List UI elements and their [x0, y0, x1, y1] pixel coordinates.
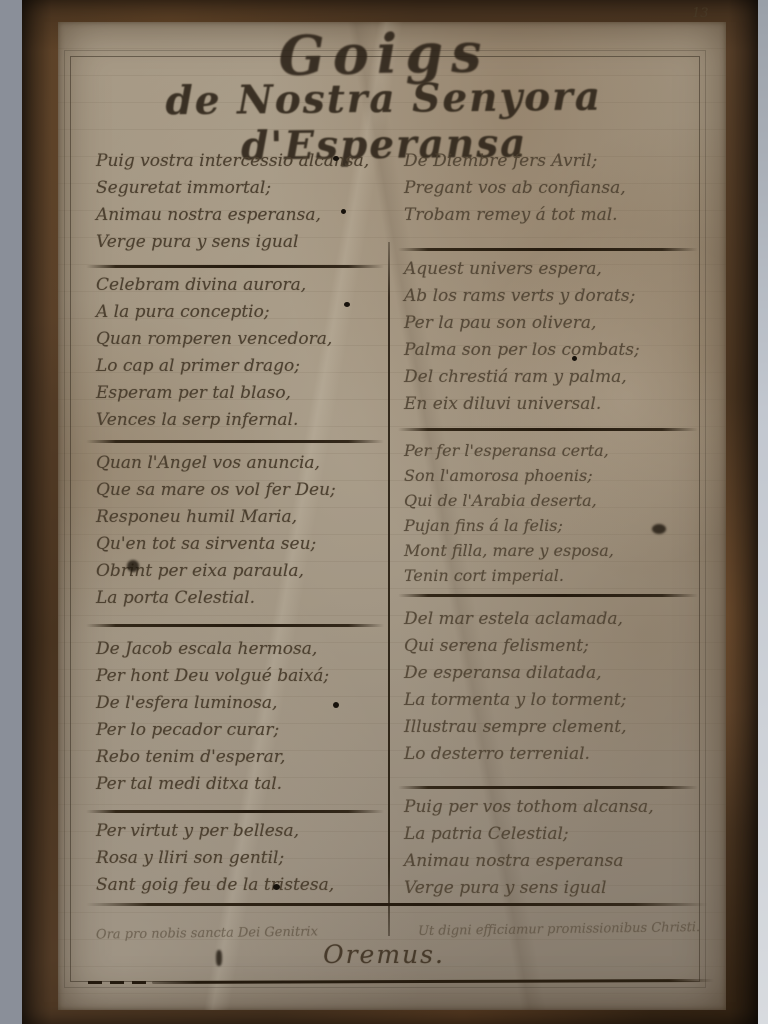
verse-line: Tenin cort imperial. — [404, 563, 704, 588]
verse-line: Vences la serp infernal. — [96, 407, 396, 434]
verse-line: Per la pau son olivera, — [404, 310, 704, 337]
verse-line: Animau nostra esperansa — [404, 848, 704, 875]
verse-line: De Jacob escala hermosa, — [96, 636, 396, 663]
verse-line: Puig vostra intercessio alcansa, — [96, 148, 396, 175]
verse-line: Celebram divina aurora, — [96, 272, 396, 299]
verse-line: Per virtut y per bellesa, — [96, 818, 396, 845]
verse-line: Qui de l'Arabia deserta, — [404, 488, 704, 513]
verse-line: Qu'en tot sa sirventa seu; — [96, 531, 396, 558]
verse-line: Ab los rams verts y dorats; — [404, 283, 704, 310]
column-divider-rule — [388, 242, 390, 936]
verse-line: A la pura conceptio; — [96, 299, 396, 326]
verse-line: Per tal medi ditxa tal. — [96, 771, 396, 798]
stanza-left-2: Celebram divina aurora, A la pura concep… — [96, 272, 396, 434]
stanza-right-3: Per fer l'esperansa certa, Son l'amorosa… — [404, 438, 704, 588]
verse-line: Pregant vos ab confiansa, — [404, 175, 704, 202]
ink-smudge — [652, 524, 666, 534]
verse-line: Trobam remey á tot mal. — [404, 202, 704, 229]
framed-manuscript-photo: Goigs de Nostra Senyora d'Esperansa 13 P… — [0, 0, 768, 1024]
stanza-right-5: Puig per vos tothom alcansa, La patria C… — [404, 794, 704, 902]
verse-line: Lo desterro terrenial. — [404, 741, 704, 768]
verse-line: Palma son per los combats; — [404, 337, 704, 364]
verse-line: Animau nostra esperansa, — [96, 202, 396, 229]
verse-line: Rosa y lliri son gentil; — [96, 845, 396, 872]
ink-blot — [572, 356, 577, 361]
verse-line: La patria Celestial; — [404, 821, 704, 848]
stanza-divider — [86, 810, 384, 813]
verse-line: Quan romperen vencedora, — [96, 326, 396, 353]
verse-line: Per fer l'esperansa certa, — [404, 438, 704, 463]
verse-line: Qui serena felisment; — [404, 633, 704, 660]
verse-line: Esperam per tal blaso, — [96, 380, 396, 407]
verse-line: Responeu humil Maria, — [96, 504, 396, 531]
ink-smudge — [127, 560, 139, 572]
stanza-divider — [398, 428, 698, 431]
stanza-right-4: Del mar estela aclamada, Qui serena feli… — [404, 606, 704, 768]
verse-line: Que sa mare os vol fer Deu; — [96, 477, 396, 504]
verse-line: Son l'amorosa phoenis; — [404, 463, 704, 488]
verse-line: Lo cap al primer drago; — [96, 353, 396, 380]
verse-line: Verge pura y sens igual — [404, 875, 704, 902]
stanza-divider — [86, 440, 384, 443]
footer-oremus: Oremus. — [0, 940, 768, 969]
verse-line: Obrint per eixa paraula, — [96, 558, 396, 585]
stanza-divider — [86, 624, 384, 627]
verse-line: De esperansa dilatada, — [404, 660, 704, 687]
verse-line: La tormenta y lo torment; — [404, 687, 704, 714]
stanza-divider — [398, 786, 698, 789]
stanza-divider — [86, 265, 384, 268]
stanza-left-3: Quan l'Angel vos anuncia, Que sa mare os… — [96, 450, 396, 612]
stanza-right-2: Aquest univers espera, Ab los rams verts… — [404, 256, 704, 418]
verse-line: Puig per vos tothom alcansa, — [404, 794, 704, 821]
stanza-divider — [398, 594, 698, 597]
verse-line: De l'esfera luminosa, — [96, 690, 396, 717]
verse-line: La porta Celestial. — [96, 585, 396, 612]
stanza-left-1: Puig vostra intercessio alcansa, Seguret… — [96, 148, 396, 256]
verse-line: Seguretat immortal; — [96, 175, 396, 202]
page-number: 13 — [692, 6, 709, 21]
ink-smudge — [216, 950, 222, 966]
ink-blot — [333, 156, 339, 161]
ink-blot — [344, 302, 350, 307]
verse-line: Del mar estela aclamada, — [404, 606, 704, 633]
verse-line: Illustrau sempre clement, — [404, 714, 704, 741]
stanza-left-4: De Jacob escala hermosa, Per hont Deu vo… — [96, 636, 396, 798]
ink-blot — [273, 884, 280, 890]
stanza-right-1: De Diembre fers Avril; Pregant vos ab co… — [404, 148, 704, 229]
ink-blot — [341, 209, 346, 214]
verse-line: Sant goig feu de la tristesa, — [96, 872, 396, 899]
verse-line: Verge pura y sens igual — [96, 229, 396, 256]
stanza-left-5: Per virtut y per bellesa, Rosa y lliri s… — [96, 818, 396, 899]
verse-line: Quan l'Angel vos anuncia, — [96, 450, 396, 477]
wall-left-strip — [0, 0, 24, 1024]
verse-line: Del chrestiá ram y palma, — [404, 364, 704, 391]
verse-line: En eix diluvi universal. — [404, 391, 704, 418]
verse-line: Per hont Deu volgué baixá; — [96, 663, 396, 690]
verse-line: Rebo tenim d'esperar, — [96, 744, 396, 771]
stanza-divider — [398, 248, 698, 251]
verse-line: Per lo pecador curar; — [96, 717, 396, 744]
verse-line: De Diembre fers Avril; — [404, 148, 704, 175]
footer-divider — [86, 903, 708, 906]
verse-line: Mont filla, mare y esposa, — [404, 538, 704, 563]
ink-blot — [333, 702, 339, 708]
verse-line: Aquest univers espera, — [404, 256, 704, 283]
bottom-rule-dashes — [88, 981, 146, 984]
